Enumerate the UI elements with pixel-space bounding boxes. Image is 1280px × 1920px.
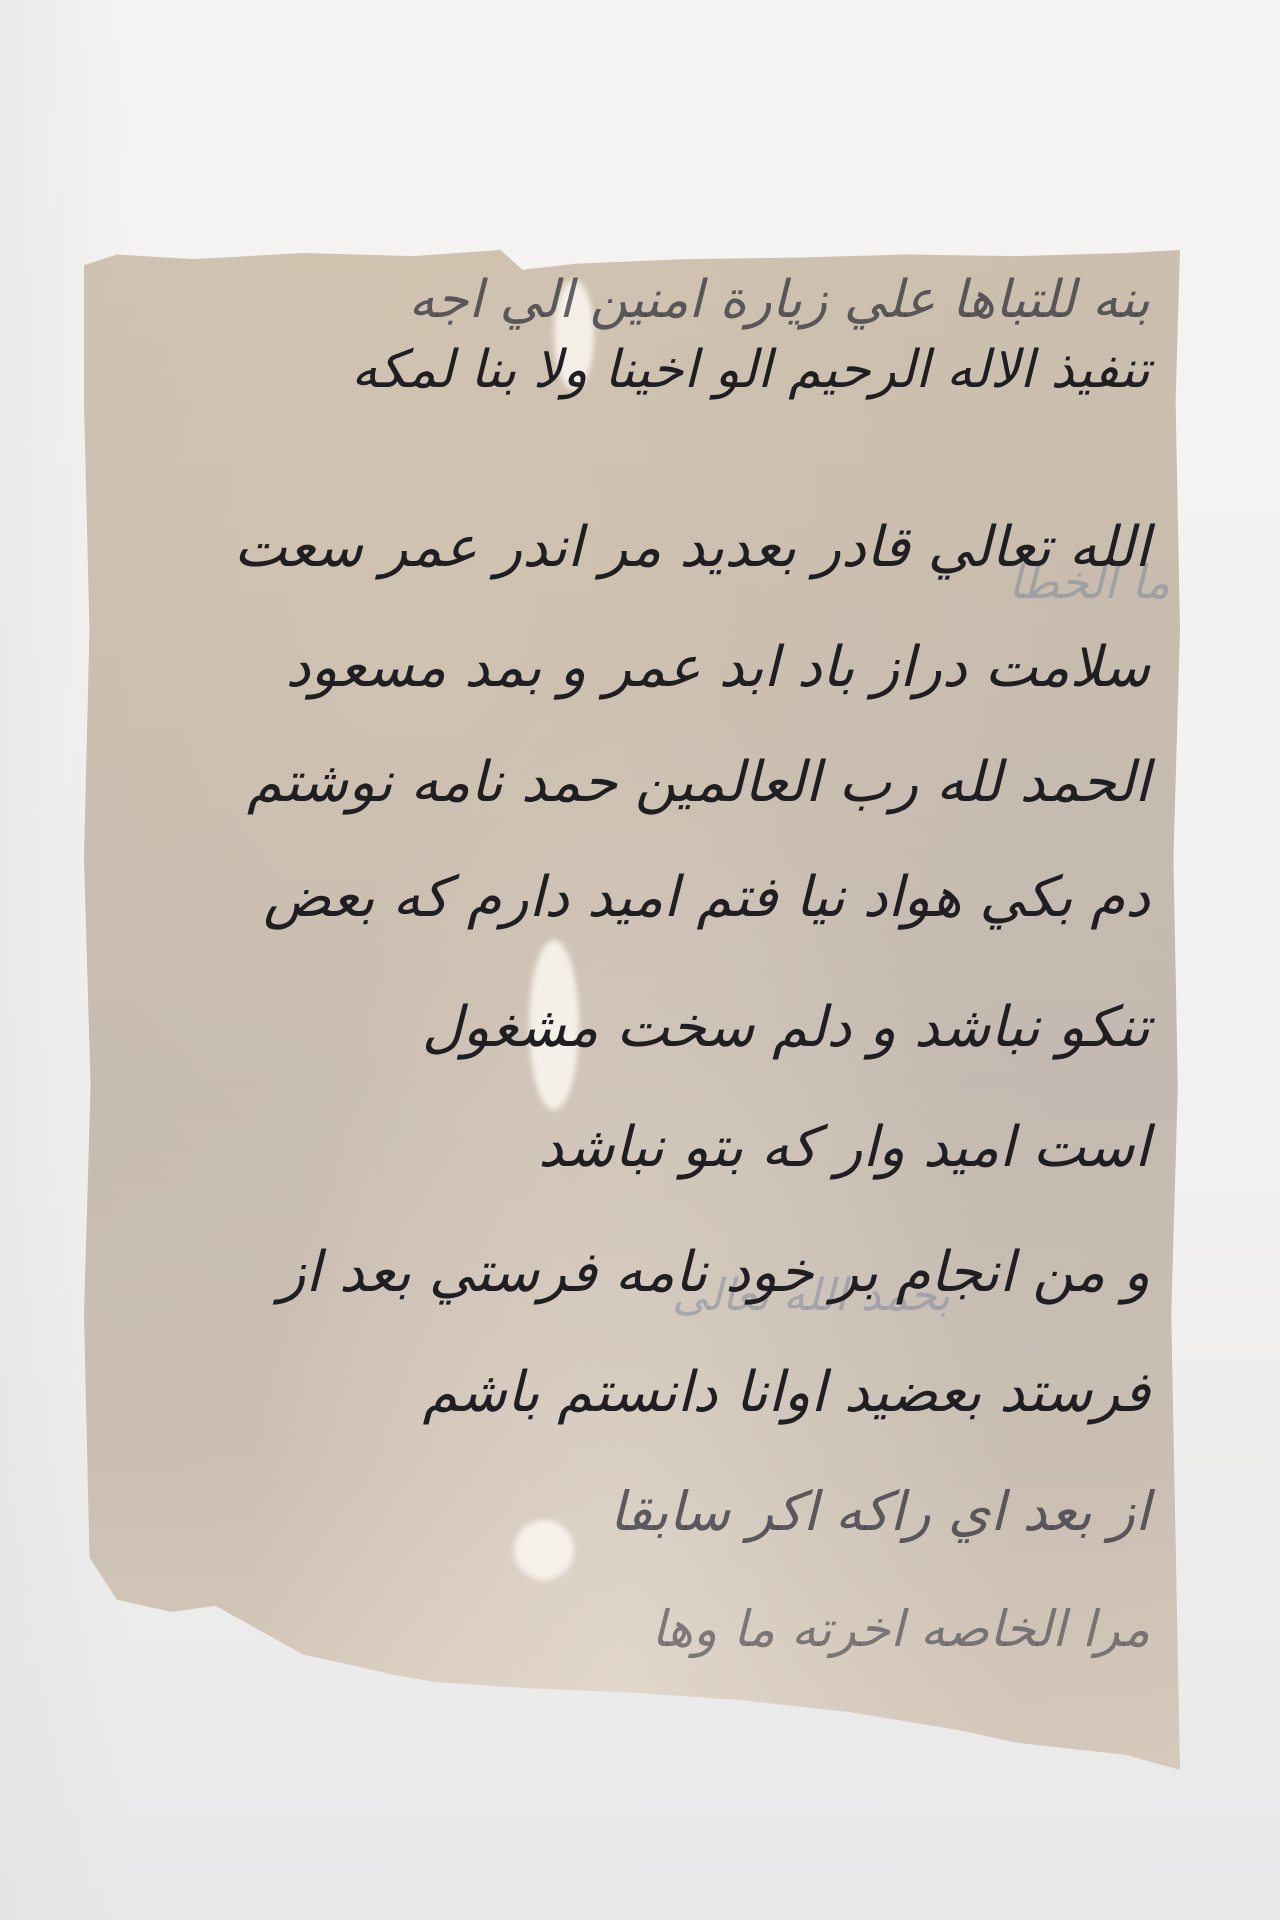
manuscript-line-6: دم بكي هواد نيا فتم اميد دارم كه بعض	[84, 865, 1180, 930]
manuscript-line-10: فرستد بعضيد اوانا دانستم باشم	[84, 1360, 1180, 1425]
manuscript-paper: ما الخطا بحمد الله تعالى بنه للتباها علي…	[84, 250, 1180, 1770]
manuscript-line-3: الله تعالي قادر بعديد مر اندر عمر سعت	[84, 515, 1180, 580]
manuscript-line-9: و من انجام بر خود نامه فرستي بعد از	[84, 1240, 1180, 1305]
manuscript-line-7: تنكو نباشد و دلم سخت مشغول	[84, 995, 1180, 1060]
manuscript-line-8: است اميد وار كه بتو نباشد	[84, 1115, 1180, 1180]
manuscript-line-1: بنه للتباها علي زيارة امنين الي اجه	[84, 270, 1180, 330]
manuscript-line-12: مرا الخاصه اخرته ما وها	[84, 1600, 1180, 1658]
manuscript-line-4: سلامت دراز باد ابد عمر و بمد مسعود	[84, 635, 1180, 700]
manuscript-line-2: تنفيذ الاله الرحيم الو اخينا ولا بنا لمك…	[84, 340, 1180, 400]
manuscript-line-11: از بعد اي راكه اكر سابقا	[84, 1480, 1180, 1543]
manuscript-line-5: الحمد لله رب العالمين حمد نامه نوشتم	[84, 750, 1180, 815]
